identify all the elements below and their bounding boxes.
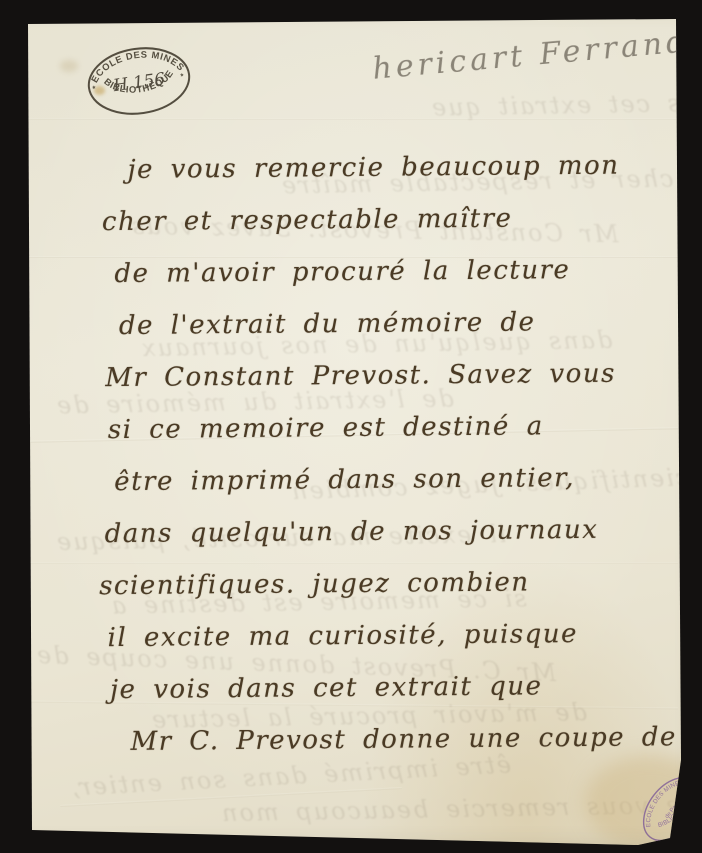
- paper-crease: [60, 787, 402, 807]
- foxing-stain: [585, 755, 702, 850]
- letter-line: de m'avoir procuré la lecture: [0, 243, 701, 301]
- stamp-star-left: *: [92, 84, 97, 93]
- library-oval-stamp: ECOLE DES MINES BIBLIOTHÈQUE * * H 156: [80, 39, 199, 124]
- letter-body: je vous remercie beaucoup mon cher et re…: [0, 139, 702, 769]
- letter-line: cher et respectable maître: [0, 191, 700, 249]
- stamp-shelfmark: H 156: [111, 68, 167, 95]
- letter-line: dans quelqu'un de nos journaux: [0, 503, 702, 561]
- ghost-line: je vois dans cet extrait que: [430, 86, 702, 121]
- letter-line: je vous remercie beaucoup mon: [0, 139, 700, 197]
- stamp-star-right: *: [180, 72, 185, 81]
- corner-stamp-middle-text: de Paris: [664, 800, 682, 820]
- letter-line: être imprimé dans son entier,: [0, 451, 702, 509]
- scan-background: je vois dans cet extrait que cher et res…: [0, 0, 702, 853]
- letter-line: Mr C. Prevost donne une coupe de: [2, 711, 702, 769]
- letter-line: si ce memoire est destiné a: [0, 399, 702, 457]
- pencil-annotation: hericart Ferrand: [371, 24, 690, 87]
- paper-crease: [28, 118, 678, 120]
- corner-stamp-oval-border: [632, 767, 702, 851]
- ghost-line: je vous remercie beaucoup mon: [220, 791, 690, 827]
- letter-line: je vois dans cet extrait que: [2, 659, 702, 717]
- letter-paper: je vois dans cet extrait que cher et res…: [0, 0, 702, 853]
- letter-line: scientifiques. jugez combien: [1, 555, 702, 613]
- letter-line: il excite ma curiosité, puisque: [1, 607, 702, 665]
- letter-line: de l'extrait du mémoire de: [0, 295, 701, 353]
- letter-line: Mr Constant Prevost. Savez vous: [0, 347, 702, 405]
- corner-purple-stamp: ECOLE DES MINES BIBLIOTHÈQUE de Paris: [629, 764, 702, 853]
- foxing-spot: [60, 60, 78, 72]
